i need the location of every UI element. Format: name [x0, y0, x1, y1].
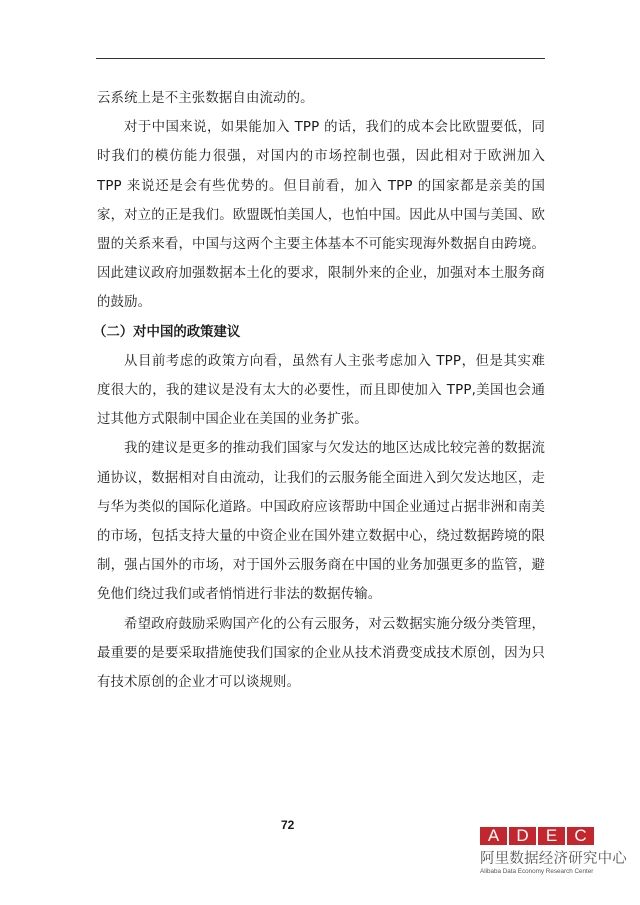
paragraph-2: 对于中国来说，如果能加入 TPP 的话，我们的成本会比欧盟要低，同时我们的模仿能… [97, 113, 545, 317]
adec-logo: A D E C 阿里数据经济研究中心 Alibaba Data Economy … [480, 827, 630, 875]
document-body: 云系统上是不主张数据自由流动的。 对于中国来说，如果能加入 TPP 的话，我们的… [97, 84, 545, 697]
paragraph-4: 我的建议是更多的推动我们国家与欠发达的地区达成比较完善的数据流通协议，数据相对自… [97, 434, 545, 609]
logo-letter-a: A [480, 827, 507, 845]
page-number: 72 [281, 818, 294, 832]
header-rule [96, 58, 545, 59]
paragraph-5: 希望政府鼓励采购国产化的公有云服务，对云数据实施分级分类管理，最重要的是要采取措… [97, 610, 545, 698]
paragraph-1: 云系统上是不主张数据自由流动的。 [97, 84, 545, 113]
logo-letter-e: E [538, 827, 565, 845]
logo-letter-boxes: A D E C [480, 827, 630, 845]
paragraph-3: 从目前考虑的政策方向看，虽然有人主张考虑加入 TPP，但是其实难度很大的，我的建… [97, 347, 545, 435]
logo-name-chinese: 阿里数据经济研究中心 [480, 847, 630, 868]
logo-letter-c: C [567, 827, 594, 845]
logo-name-english: Alibaba Data Economy Research Center [480, 868, 630, 875]
logo-letter-d: D [509, 827, 536, 845]
section-heading: （二）对中国的政策建议 [93, 318, 545, 347]
